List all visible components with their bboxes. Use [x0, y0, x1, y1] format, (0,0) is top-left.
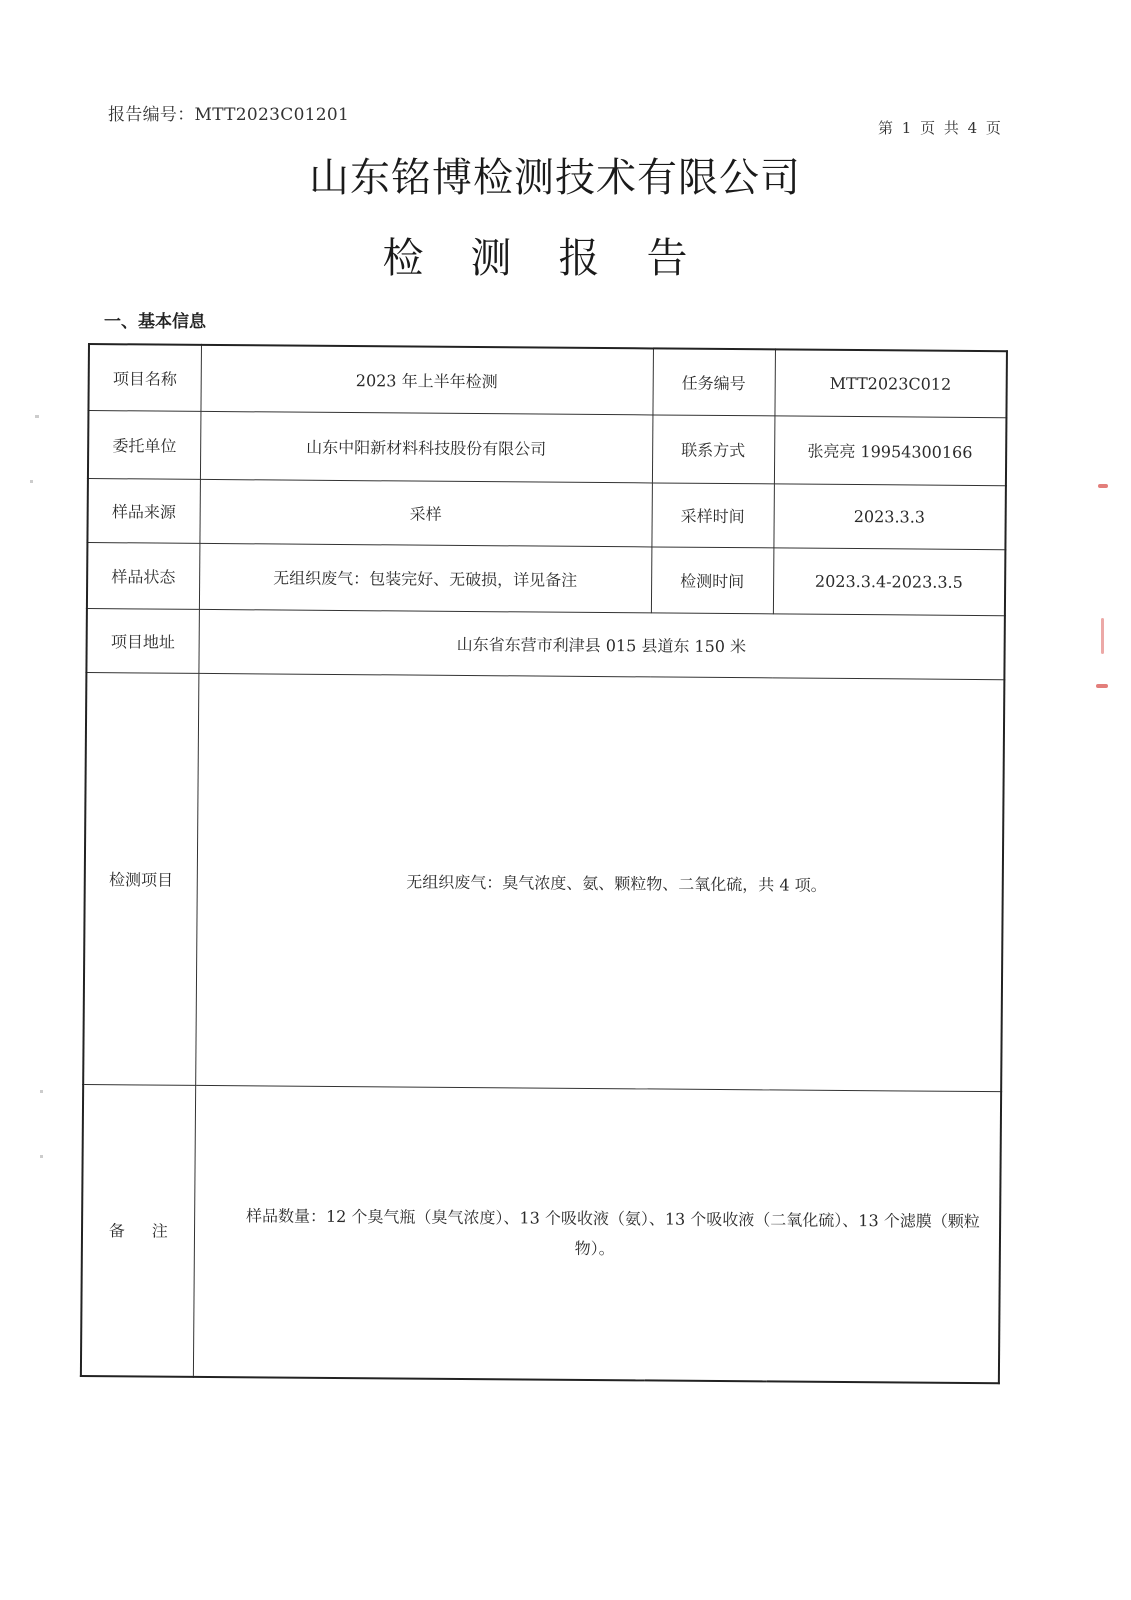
sample-source-label: 样品来源 — [87, 478, 199, 543]
remarks-value: 样品数量：12 个臭气瓶（臭气浓度）、13 个吸收液（氨）、13 个吸收液（二氧… — [193, 1085, 1001, 1383]
sample-source-value: 采样 — [199, 479, 651, 547]
scan-speck — [40, 1155, 43, 1158]
page-indicator: 第 1 页 共 4 页 — [878, 117, 1001, 138]
table-row: 委托单位 山东中阳新材料科技股份有限公司 联系方式 张亮亮 1995430016… — [88, 410, 1007, 485]
contact-value: 张亮亮 19954300166 — [774, 415, 1007, 485]
project-address-label: 项目地址 — [86, 608, 198, 673]
client-value: 山东中阳新材料科技股份有限公司 — [200, 411, 653, 483]
testing-time-label: 检测时间 — [651, 546, 774, 613]
company-name: 山东铭博检测技术有限公司 — [0, 146, 1110, 203]
report-number: 报告编号：MTT2023C01201 — [108, 100, 349, 125]
contact-label: 联系方式 — [652, 414, 775, 483]
scan-speck — [35, 415, 39, 418]
sampling-time-value: 2023.3.3 — [773, 483, 1005, 549]
seal-mark-top — [1098, 484, 1108, 488]
project-name-label: 项目名称 — [88, 344, 201, 411]
document-title: 检 测 报 告 — [0, 225, 1070, 284]
scan-speck — [40, 1090, 43, 1093]
client-label: 委托单位 — [88, 410, 201, 479]
task-number-label: 任务编号 — [652, 348, 775, 415]
basic-info-table-wrapper: 项目名称 2023 年上半年检测 任务编号 MTT2023C012 委托单位 山… — [80, 343, 1006, 1382]
table-row: 备 注 样品数量：12 个臭气瓶（臭气浓度）、13 个吸收液（氨）、13 个吸收… — [81, 1084, 1001, 1383]
testing-time-value: 2023.3.4-2023.3.5 — [773, 547, 1006, 615]
scan-speck — [30, 480, 33, 483]
report-number-value: MTT2023C01201 — [195, 105, 350, 125]
table-row: 项目名称 2023 年上半年检测 任务编号 MTT2023C012 — [88, 344, 1006, 417]
section-heading: 一、基本信息 — [104, 307, 206, 332]
seal-mark-bottom — [1096, 684, 1108, 688]
test-items-label: 检测项目 — [83, 672, 198, 1085]
project-address-value: 山东省东营市利津县 015 县道东 150 米 — [198, 609, 1004, 679]
table-row: 样品来源 采样 采样时间 2023.3.3 — [87, 478, 1005, 549]
table-row: 样品状态 无组织废气：包装完好、无破损，详见备注 检测时间 2023.3.4-2… — [87, 542, 1005, 615]
sample-status-value: 无组织废气：包装完好、无破损，详见备注 — [199, 543, 652, 613]
project-name-value: 2023 年上半年检测 — [200, 345, 653, 415]
report-number-label: 报告编号： — [108, 105, 195, 125]
test-items-value: 无组织废气：臭气浓度、氨、颗粒物、二氧化硫，共 4 项。 — [195, 673, 1004, 1091]
sampling-time-label: 采样时间 — [651, 482, 773, 547]
basic-info-table: 项目名称 2023 年上半年检测 任务编号 MTT2023C012 委托单位 山… — [80, 343, 1008, 1384]
table-row: 检测项目 无组织废气：臭气浓度、氨、颗粒物、二氧化硫，共 4 项。 — [83, 672, 1004, 1091]
seal-mark-middle — [1101, 618, 1104, 654]
table-row: 项目地址 山东省东营市利津县 015 县道东 150 米 — [86, 608, 1004, 679]
remarks-label: 备 注 — [81, 1084, 195, 1377]
task-number-value: MTT2023C012 — [774, 349, 1007, 417]
sample-status-label: 样品状态 — [87, 542, 200, 609]
